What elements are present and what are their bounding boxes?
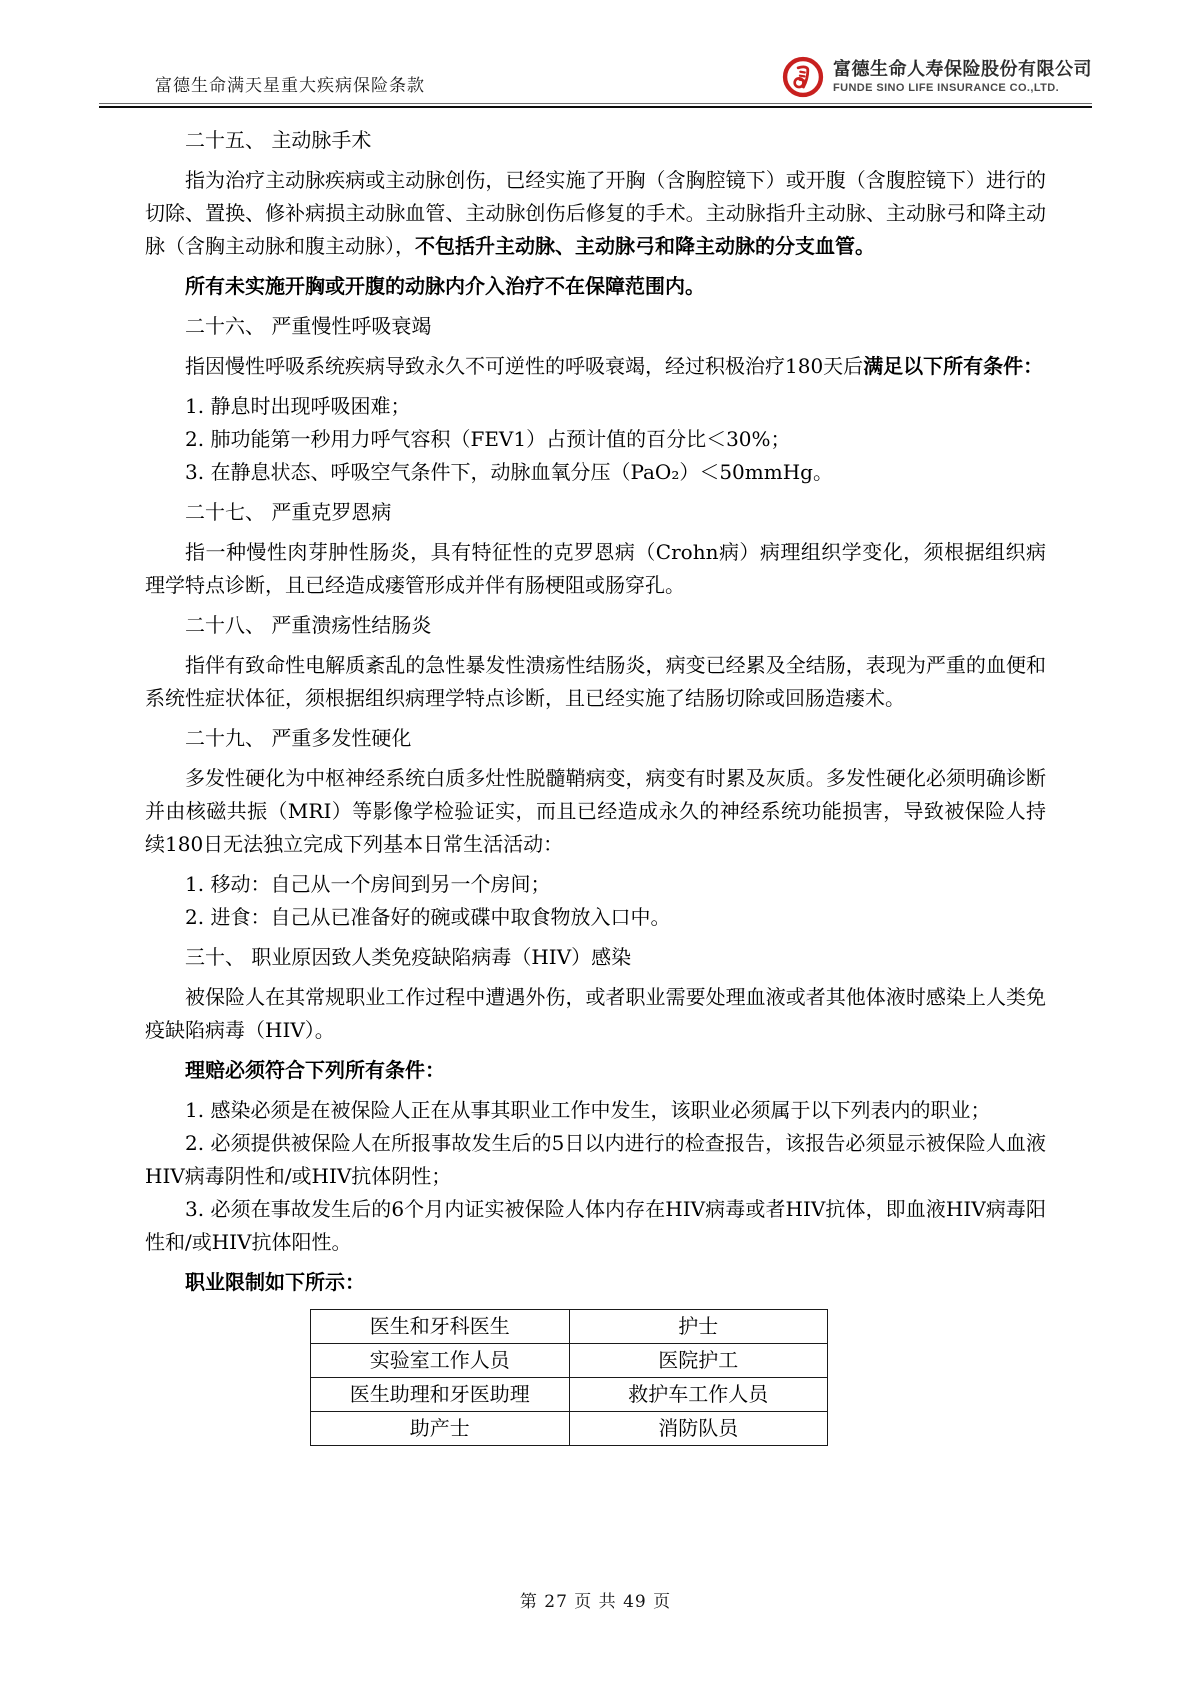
header-row: 富德生命满天星重大疾病保险条款 富德生命人寿保险股份有限公司 FUNDE SIN… (99, 56, 1092, 100)
company-seal-icon (782, 56, 824, 98)
document-body: 二十五、 主动脉手术指为治疗主动脉疾病或主动脉创伤，已经实施了开胸（含胸腔镜下）… (145, 124, 1046, 1446)
company-logo: 富德生命人寿保险股份有限公司 FUNDE SINO LIFE INSURANCE… (782, 56, 1092, 100)
section-25-body: 指为治疗主动脉疾病或主动脉创伤，已经实施了开胸（含胸腔镜下）或开腹（含腹腔镜下）… (145, 164, 1046, 263)
section-29-activities-item: 1. 移动：自己从一个房间到另一个房间； (145, 868, 1046, 901)
bold-text-run: 所有未实施开胸或开腹的动脉内介入治疗不在保障范围内。 (185, 274, 705, 298)
page-footer: 第 27 页 共 49 页 (0, 1587, 1191, 1612)
company-logo-text: 富德生命人寿保险股份有限公司 FUNDE SINO LIFE INSURANCE… (833, 60, 1092, 95)
text-run: 指伴有致命性电解质紊乱的急性暴发性溃疡性结肠炎，病变已经累及全结肠，表现为严重的… (145, 653, 1046, 710)
section-30-heading: 三十、 职业原因致人类免疫缺陷病毒（HIV）感染 (145, 941, 1046, 974)
table-row: 助产士消防队员 (311, 1412, 828, 1446)
section-26-conditions-item: 3. 在静息状态、呼吸空气条件下，动脉血氧分压（PaO₂）＜50mmHg。 (145, 456, 1046, 489)
page-header: 富德生命满天星重大疾病保险条款 富德生命人寿保险股份有限公司 FUNDE SIN… (99, 56, 1092, 108)
text-run: 多发性硬化为中枢神经系统白质多灶性脱髓鞘病变，病变有时累及灰质。多发性硬化必须明… (145, 766, 1046, 856)
section-27-body: 指一种慢性肉芽肿性肠炎，具有特征性的克罗恩病（Crohn病）病理组织学变化，须根… (145, 536, 1046, 602)
section-29-activities-item: 2. 进食：自己从已准备好的碗或碟中取食物放入口中。 (145, 901, 1046, 934)
section-28-body: 指伴有致命性电解质紊乱的急性暴发性溃疡性结肠炎，病变已经累及全结肠，表现为严重的… (145, 649, 1046, 715)
page-number: 第 27 页 共 49 页 (520, 1592, 671, 1612)
section-26-body: 指因慢性呼吸系统疾病导致永久不可逆性的呼吸衰竭，经过积极治疗180天后满足以下所… (145, 350, 1046, 383)
occupation-table: 医生和牙科医生护士实验室工作人员医院护工医生助理和牙医助理救护车工作人员助产士消… (310, 1309, 828, 1446)
table-cell: 医院护工 (569, 1344, 828, 1378)
bold-text-run: 职业限制如下所示： (185, 1270, 365, 1294)
table-row: 医生和牙科医生护士 (311, 1310, 828, 1344)
table-cell: 医生助理和牙医助理 (311, 1378, 570, 1412)
company-name-en: FUNDE SINO LIFE INSURANCE CO.,LTD. (833, 82, 1092, 94)
section-29-heading: 二十九、 严重多发性硬化 (145, 722, 1046, 755)
text-run: 指一种慢性肉芽肿性肠炎，具有特征性的克罗恩病（Crohn病）病理组织学变化，须根… (145, 540, 1046, 597)
bold-text-run: 不包括升主动脉、主动脉弓和降主动脉的分支血管。 (415, 234, 875, 258)
section-28-heading: 二十八、 严重溃疡性结肠炎 (145, 609, 1046, 642)
table-cell: 助产士 (311, 1412, 570, 1446)
table-row: 实验室工作人员医院护工 (311, 1344, 828, 1378)
header-divider (99, 103, 1092, 108)
document-page: 富德生命满天星重大疾病保险条款 富德生命人寿保险股份有限公司 FUNDE SIN… (0, 0, 1191, 1684)
claim-conditions-item: 3. 必须在事故发生后的6个月内证实被保险人体内存在HIV病毒或者HIV抗体，即… (145, 1193, 1046, 1259)
section-26-heading: 二十六、 严重慢性呼吸衰竭 (145, 310, 1046, 343)
company-name-cn: 富德生命人寿保险股份有限公司 (833, 60, 1092, 81)
table-cell: 护士 (569, 1310, 828, 1344)
section-25-heading: 二十五、 主动脉手术 (145, 124, 1046, 157)
bold-text-run: 满足以下所有条件： (863, 354, 1043, 378)
text-run: 被保险人在其常规职业工作过程中遭遇外伤，或者职业需要处理血液或者其他体液时感染上… (145, 985, 1046, 1042)
section-26-conditions-item: 2. 肺功能第一秒用力呼气容积（FEV1）占预计值的百分比＜30%； (145, 423, 1046, 456)
table-cell: 救护车工作人员 (569, 1378, 828, 1412)
table-row: 医生助理和牙医助理救护车工作人员 (311, 1378, 828, 1412)
table-cell: 实验室工作人员 (311, 1344, 570, 1378)
claim-conditions-item: 1. 感染必须是在被保险人正在从事其职业工作中发生，该职业必须属于以下列表内的职… (145, 1094, 1046, 1127)
section-27-heading: 二十七、 严重克罗恩病 (145, 496, 1046, 529)
occupation-limit-title: 职业限制如下所示： (145, 1266, 1046, 1299)
document-title: 富德生命满天星重大疾病保险条款 (155, 71, 425, 96)
table-cell: 医生和牙科医生 (311, 1310, 570, 1344)
claim-conditions-title: 理赔必须符合下列所有条件： (145, 1054, 1046, 1087)
table-cell: 消防队员 (569, 1412, 828, 1446)
section-25-exclusion-note: 所有未实施开胸或开腹的动脉内介入治疗不在保障范围内。 (145, 270, 1046, 303)
claim-conditions-item: 2. 必须提供被保险人在所报事故发生后的5日以内进行的检查报告，该报告必须显示被… (145, 1127, 1046, 1193)
section-30-body: 被保险人在其常规职业工作过程中遭遇外伤，或者职业需要处理血液或者其他体液时感染上… (145, 981, 1046, 1047)
bold-text-run: 理赔必须符合下列所有条件： (185, 1058, 445, 1082)
section-26-conditions-item: 1. 静息时出现呼吸困难； (145, 390, 1046, 423)
section-29-body: 多发性硬化为中枢神经系统白质多灶性脱髓鞘病变，病变有时累及灰质。多发性硬化必须明… (145, 762, 1046, 861)
text-run: 指因慢性呼吸系统疾病导致永久不可逆性的呼吸衰竭，经过积极治疗180天后 (185, 354, 863, 378)
